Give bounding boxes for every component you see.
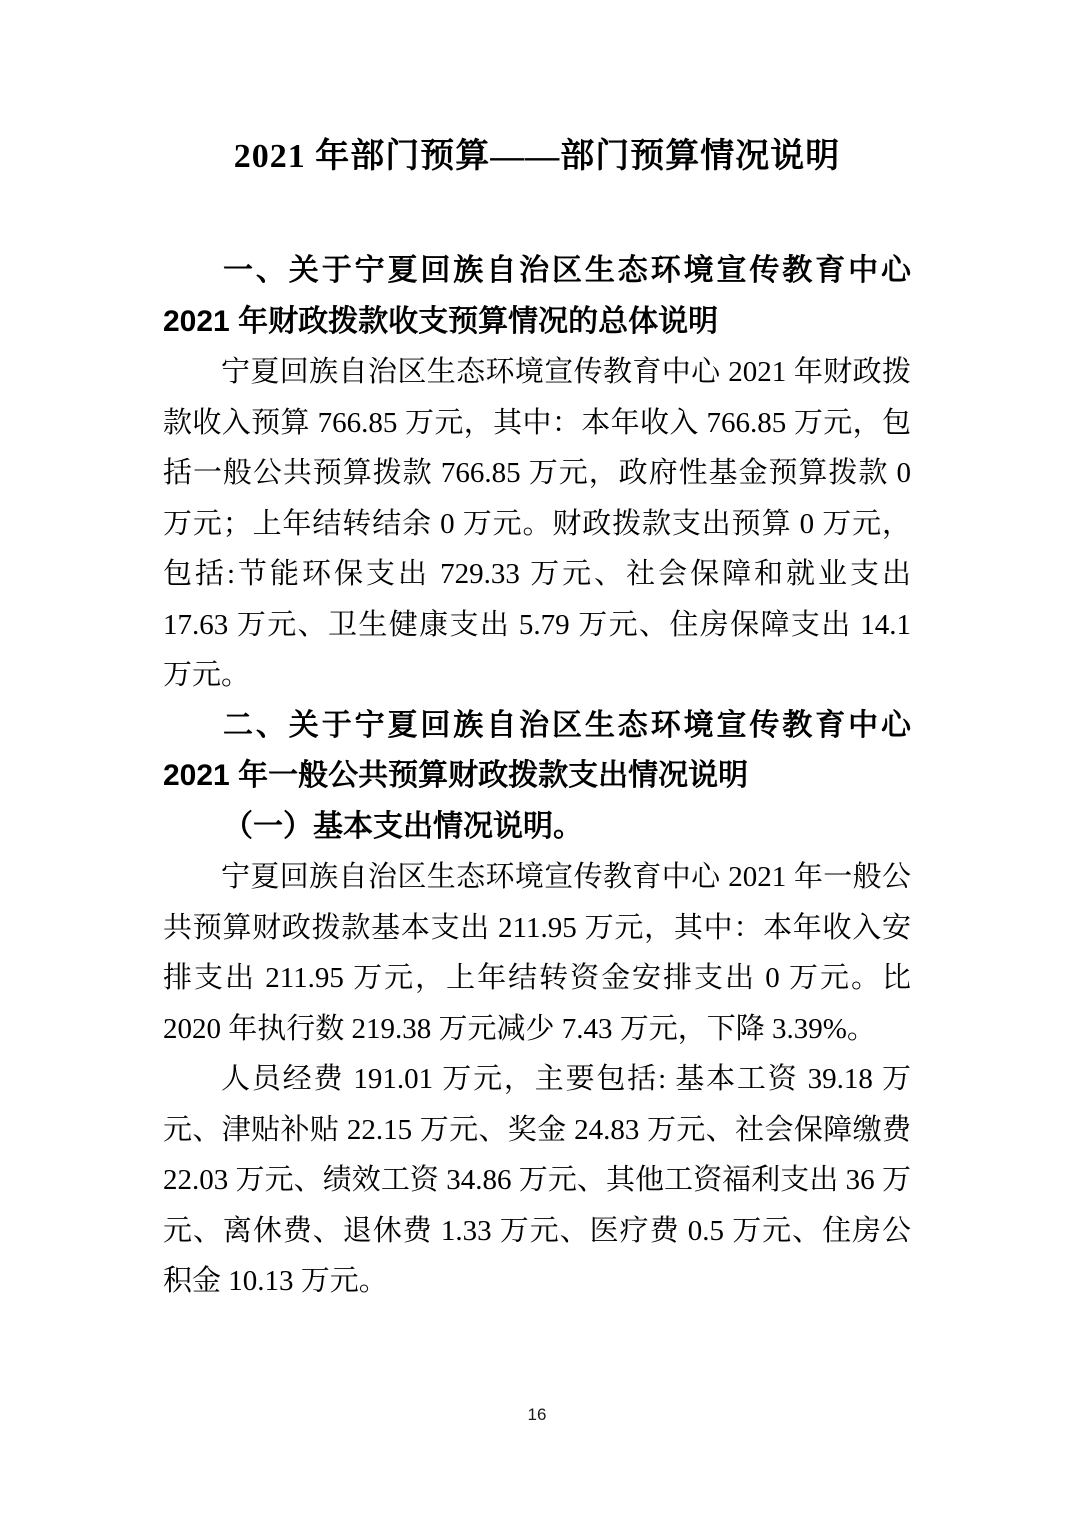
section-two-heading: 二、关于宁夏回族自治区生态环境宣传教育中心 2021 年一般公共预算财政拨款支出… bbox=[163, 701, 911, 802]
personnel-funds-paragraph: 人员经费 191.01 万元，主要包括: 基本工资 39.18 万元、津贴补贴 … bbox=[163, 1054, 911, 1307]
section-one-heading: 一、关于宁夏回族自治区生态环境宣传教育中心 2021 年财政拨款收支预算情况的总… bbox=[163, 246, 911, 347]
section-two-subheading: （一）基本支出情况说明。 bbox=[163, 802, 911, 853]
document-page: 2021 年部门预算——部门预算情况说明 一、关于宁夏回族自治区生态环境宣传教育… bbox=[0, 0, 1074, 1520]
section-one-overview-paragraph: 宁夏回族自治区生态环境宣传教育中心 2021 年财政拨款收入预算 766.85 … bbox=[163, 347, 911, 701]
page-title: 2021 年部门预算——部门预算情况说明 bbox=[0, 137, 1074, 177]
page-number: 16 bbox=[0, 1405, 1074, 1425]
basic-expenditure-paragraph: 宁夏回族自治区生态环境宣传教育中心 2021 年一般公共预算财政拨款基本支出 2… bbox=[163, 852, 911, 1054]
document-body: 一、关于宁夏回族自治区生态环境宣传教育中心 2021 年财政拨款收支预算情况的总… bbox=[163, 246, 911, 1307]
